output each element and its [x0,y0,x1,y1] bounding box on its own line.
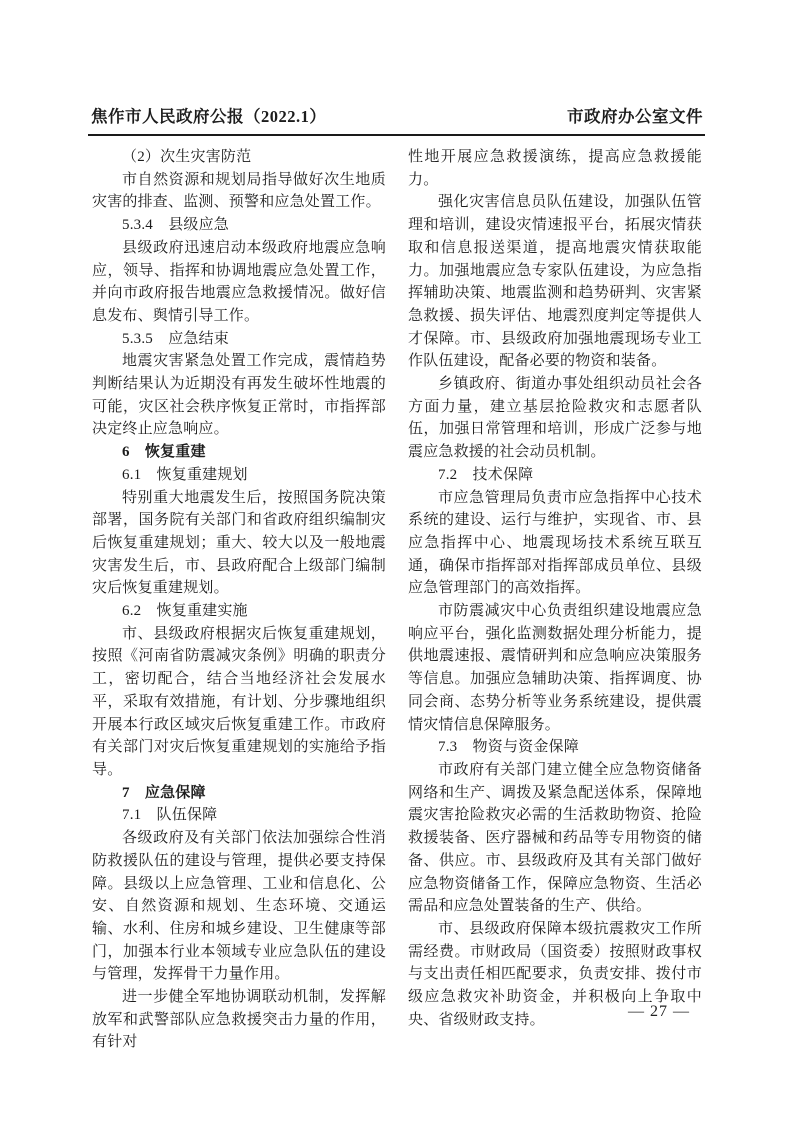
document-category: 市政府办公室文件 [567,103,703,127]
paragraph: 特别重大地震发生后，按照国务院决策部署，国务院有关部门和省政府组织编制灾后恢复重… [92,487,386,601]
page-header: 焦作市人民政府公报（2022.1） 市政府办公室文件 [91,103,703,127]
section-heading: 7.3 物资与资金保障 [408,736,702,759]
paragraph: 乡镇政府、街道办事处组织动员社会各方面力量，建立基层抢险救灾和志愿者队伍，加强日… [408,373,702,464]
paragraph: 进一步健全军地协调联动机制，发挥解放军和武警部队应急救援突击力量的作用，有针对 [92,986,386,1054]
paragraph: 市应急管理局负责市应急指挥中心技术系统的建设、运行与维护，实现省、市、县应急指挥… [408,487,702,601]
section-heading: 7.1 队伍保障 [92,804,386,827]
paragraph: 市政府有关部门建立健全应急物资储备网络和生产、调拨及紧急配送体系，保障地震灾害抢… [408,759,702,918]
left-column: （2）次生灾害防范市自然资源和规划局指导做好次生地质灾害的排查、监测、预警和应急… [92,146,386,1054]
paragraph: 市防震减灾中心负责组织建设地震应急响应平台，强化监测数据处理分析能力，提供地震速… [408,600,702,736]
document-body: （2）次生灾害防范市自然资源和规划局指导做好次生地质灾害的排查、监测、预警和应急… [92,146,702,1054]
section-heading: 6.2 恢复重建实施 [92,600,386,623]
gazette-title: 焦作市人民政府公报（2022.1） [91,103,326,127]
paragraph: 各级政府及有关部门依法加强综合性消防救援队伍的建设与管理，提供必要支持保障。县级… [92,827,386,986]
section-heading: （2）次生灾害防范 [92,146,386,169]
paragraph: 市、县级政府根据灾后恢复重建规划，按照《河南省防震减灾条例》明确的职责分工，密切… [92,623,386,782]
section-heading: 5.3.4 县级应急 [92,214,386,237]
gazette-page: 焦作市人民政府公报（2022.1） 市政府办公室文件 （2）次生灾害防范市自然资… [0,0,793,1122]
page-number: — 27 — [628,1003,690,1021]
section-heading: 6.1 恢复重建规划 [92,464,386,487]
paragraph: 县级政府迅速启动本级政府地震应急响应，领导、指挥和协调地震应急处置工作，并向市政… [92,237,386,328]
section-heading: 5.3.5 应急结束 [92,328,386,351]
section-heading: 7.2 技术保障 [408,464,702,487]
chapter-heading: 6 恢复重建 [92,441,386,464]
right-column: 性地开展应急救援演练，提高应急救援能力。强化灾害信息员队伍建设，加强队伍管理和培… [408,146,702,1054]
paragraph: 市自然资源和规划局指导做好次生地质灾害的排查、监测、预警和应急处置工作。 [92,169,386,214]
paragraph: 性地开展应急救援演练，提高应急救援能力。 [408,146,702,191]
header-divider [88,134,705,136]
paragraph: 地震灾害紧急处置工作完成，震情趋势判断结果认为近期没有再发生破坏性地震的可能，灾… [92,350,386,441]
chapter-heading: 7 应急保障 [92,782,386,805]
paragraph: 强化灾害信息员队伍建设，加强队伍管理和培训，建设灾情速报平台，拓展灾情获取和信息… [408,191,702,373]
